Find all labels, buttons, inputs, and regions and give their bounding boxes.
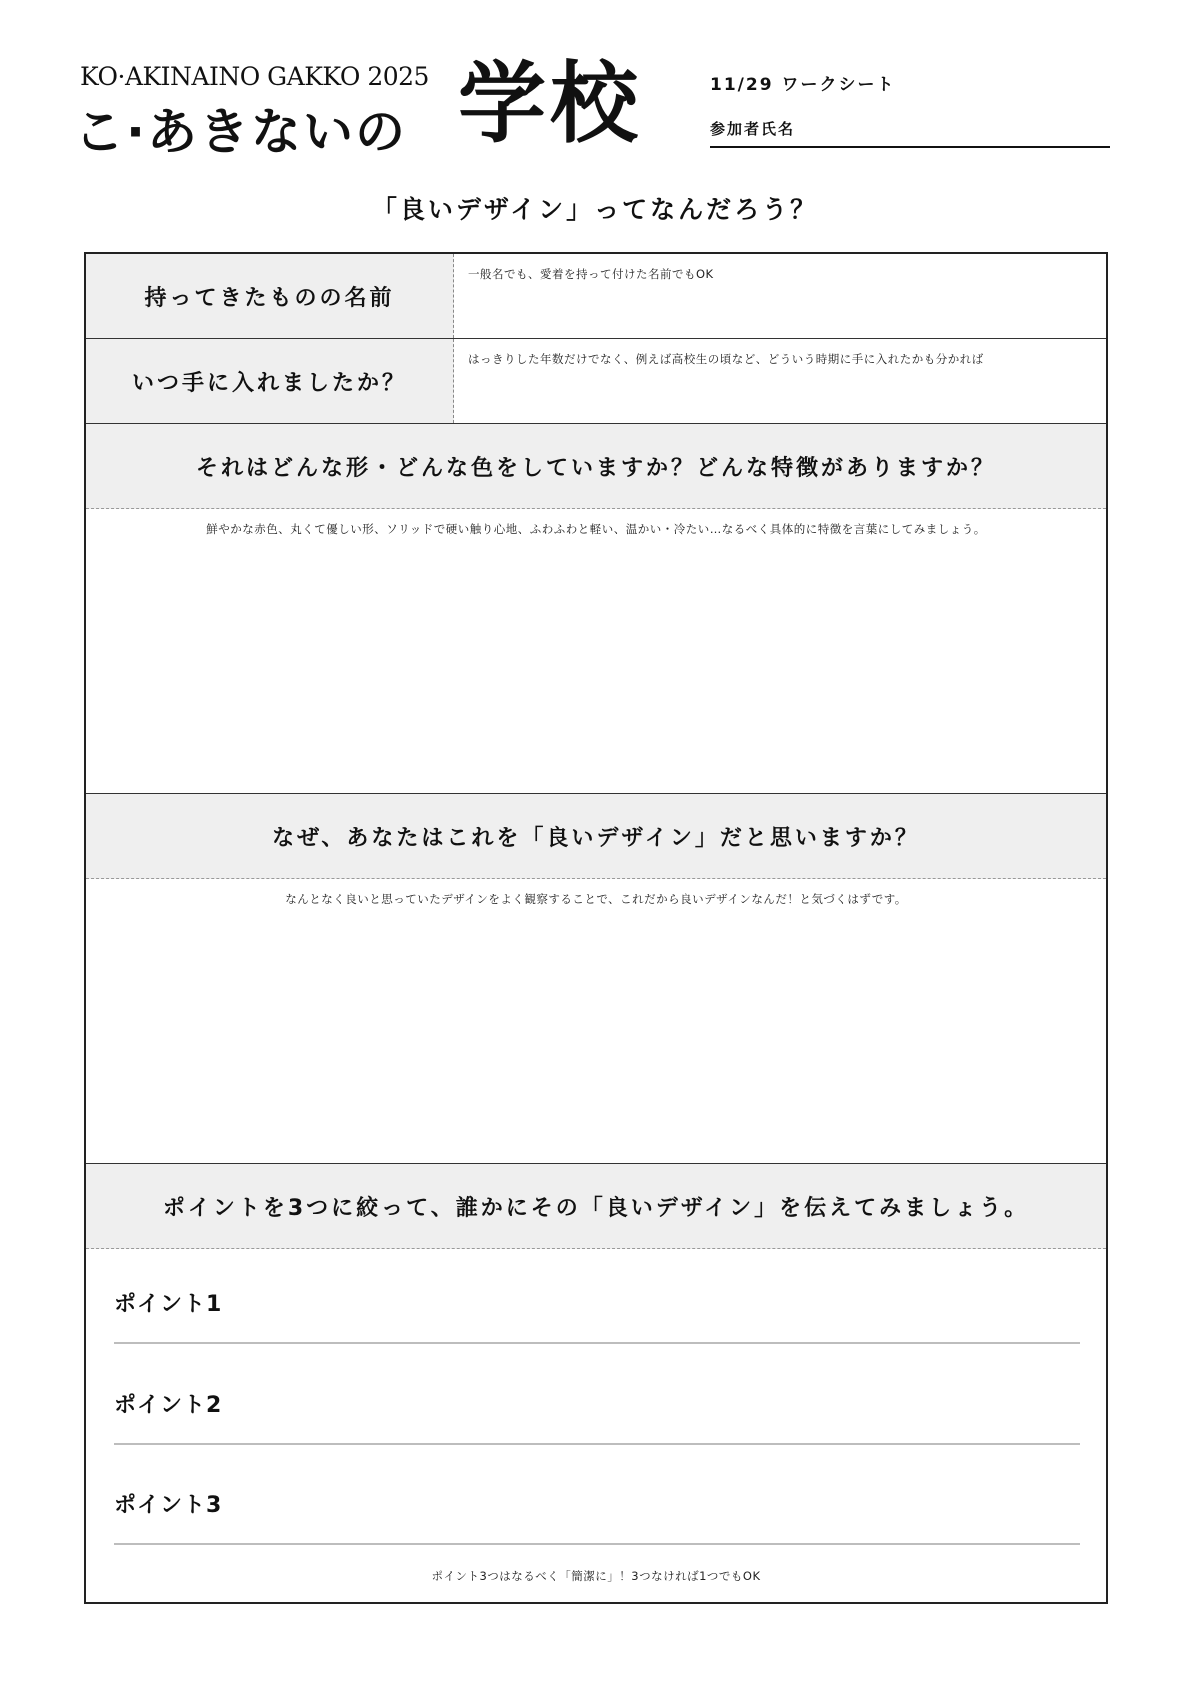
acquired-when-field[interactable]: はっきりした年数だけでなく、例えば高校生の頃など、どういう時期に手に入れたかも分…: [454, 339, 1106, 423]
point-3-line: [114, 1543, 1080, 1545]
item-name-field[interactable]: 一般名でも、愛着を持って付けた名前でもOK: [454, 254, 1106, 338]
acquired-when-row: いつ手に入れましたか？ はっきりした年数だけでなく、例えば高校生の頃など、どうい…: [86, 339, 1106, 424]
participant-name-field[interactable]: [710, 146, 1110, 148]
why-good-design-heading: なぜ、あなたはこれを「良いデザイン」だと思いますか？: [86, 794, 1106, 879]
worksheet-table: 持ってきたものの名前 一般名でも、愛着を持って付けた名前でもOK いつ手に入れま…: [84, 252, 1108, 1604]
point-3[interactable]: ポイント3: [114, 1488, 1080, 1519]
point-2[interactable]: ポイント2: [114, 1388, 1080, 1419]
point-2-label: ポイント2: [114, 1388, 1080, 1419]
three-points-section: ポイントを3つに絞って、誰かにその「良いデザイン」を伝えてみましょう。: [86, 1164, 1106, 1604]
features-heading: それはどんな形・どんな色をしていますか？どんな特徴がありますか？: [86, 424, 1106, 509]
why-good-design-section[interactable]: なぜ、あなたはこれを「良いデザイン」だと思いますか？ なんとなく良いと思っていた…: [86, 794, 1106, 1164]
participant-name-label: 参加者氏名: [710, 118, 795, 139]
acquired-when-hint: はっきりした年数だけでなく、例えば高校生の頃など、どういう時期に手に入れたかも分…: [468, 352, 984, 366]
three-points-heading: ポイントを3つに絞って、誰かにその「良いデザイン」を伝えてみましょう。: [86, 1164, 1106, 1249]
points-footnote: ポイント3つはなるべく「簡潔に」！3つなければ1つでもOK: [86, 1568, 1106, 1584]
features-hint: 鮮やかな赤色、丸くて優しい形、ソリッドで硬い触り心地、ふわふわと軽い、温かい・冷…: [86, 509, 1106, 537]
item-name-row: 持ってきたものの名前 一般名でも、愛着を持って付けた名前でもOK: [86, 254, 1106, 339]
why-good-design-hint: なんとなく良いと思っていたデザインをよく観察することで、これだから良いデザインな…: [86, 879, 1106, 907]
point-3-label: ポイント3: [114, 1488, 1080, 1519]
logo-japanese: こ·あきないの: [74, 92, 407, 164]
point-1[interactable]: ポイント1: [114, 1287, 1080, 1318]
worksheet-date: 11/29 ワークシート: [710, 70, 895, 95]
item-name-label: 持ってきたものの名前: [86, 254, 454, 338]
point-1-line: [114, 1342, 1080, 1344]
page-title: 「良いデザイン」ってなんだろう？: [0, 190, 1190, 226]
point-2-line: [114, 1443, 1080, 1445]
item-name-hint: 一般名でも、愛着を持って付けた名前でもOK: [468, 267, 714, 281]
logo-school-mark: 学校: [458, 60, 642, 148]
logo-english: KO·AKINAINO GAKKO 2025: [80, 62, 429, 91]
acquired-when-label: いつ手に入れましたか？: [86, 339, 454, 423]
features-section[interactable]: それはどんな形・どんな色をしていますか？どんな特徴がありますか？ 鮮やかな赤色、…: [86, 424, 1106, 794]
point-1-label: ポイント1: [114, 1287, 1080, 1318]
